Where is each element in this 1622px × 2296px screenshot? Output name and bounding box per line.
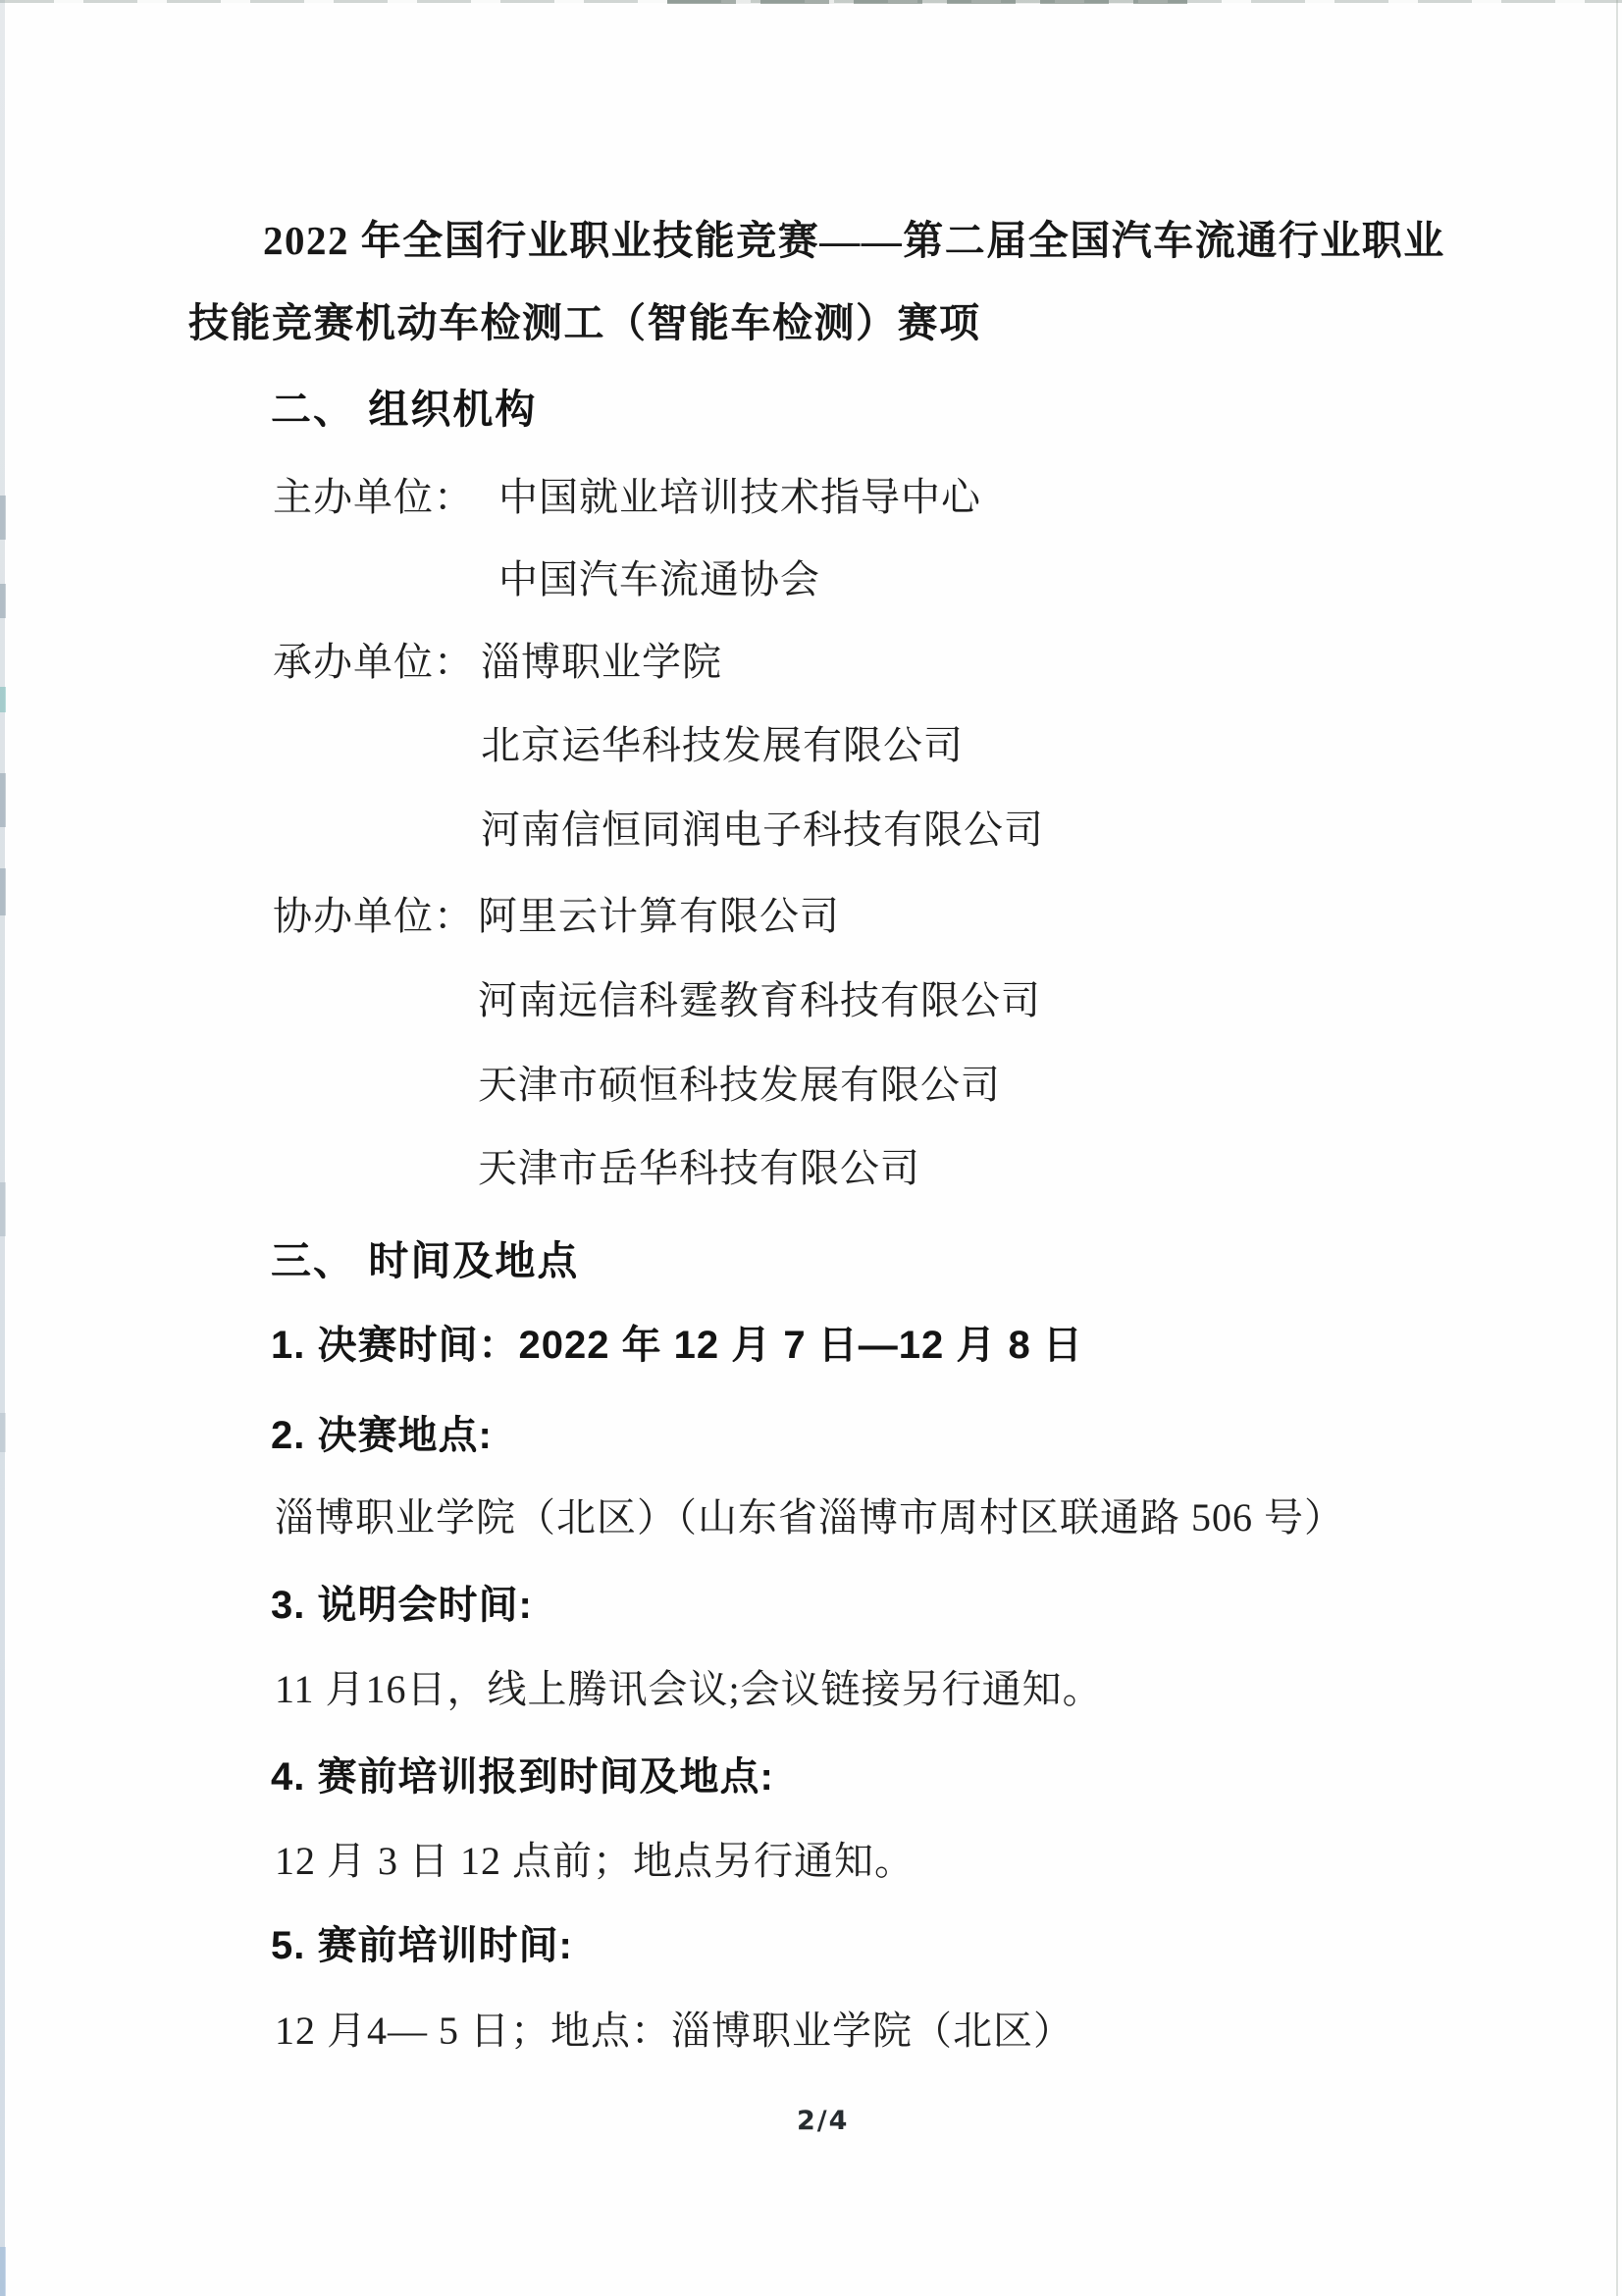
page-number: 2/4 [797, 2106, 849, 2136]
scan-artifact-dash [0, 496, 6, 540]
pre-training-time-item: 5. 赛前培训时间: [271, 1923, 573, 1968]
scan-artifact-dash [0, 1182, 6, 1236]
pre-training-checkin-detail: 12 月 3 日 12 点前；地点另行通知。 [275, 1839, 915, 1884]
pre-training-checkin-item: 4. 赛前培训报到时间及地点: [271, 1754, 774, 1800]
coorganizer-unit-item: 天津市硕恒科技发展有限公司 [478, 1063, 1001, 1108]
pre-training-time-detail: 12 月4— 5 日；地点：淄博职业学院（北区） [275, 2009, 1073, 2054]
host-unit-item: 中国汽车流通协会 [498, 557, 820, 602]
scan-artifact-dash [0, 1413, 6, 1452]
title-line-2: 技能竞赛机动车检测工（智能车检测）赛项 [188, 300, 981, 346]
scan-artifact-dash [0, 868, 6, 915]
scan-artifact-dash [0, 584, 6, 618]
coorganizer-unit-item: 阿里云计算有限公司 [478, 894, 840, 939]
undertaker-unit-item: 淄博职业学院 [481, 640, 722, 685]
host-unit-item: 中国就业培训技术指导中心 [498, 475, 981, 520]
undertaker-unit-item: 河南信恒同润电子科技有限公司 [481, 808, 1044, 853]
final-place-item: 2. 决赛地点: [271, 1413, 493, 1458]
title-line-1: 2022 年全国行业职业技能竞赛——第二届全国汽车流通行业职业 [263, 218, 1445, 264]
scanned-document-page: 2022 年全国行业职业技能竞赛——第二届全国汽车流通行业职业 技能竞赛机动车检… [0, 0, 1622, 2296]
coorganizer-unit-item: 天津市岳华科技有限公司 [478, 1146, 920, 1191]
section-time-place-heading: 三、 时间及地点 [271, 1238, 579, 1284]
scan-artifact-dash [0, 687, 6, 712]
scan-artifact-top-edge-dark [667, 0, 1187, 4]
coorganizer-unit-item: 河南远信科霆教育科技有限公司 [478, 978, 1041, 1023]
host-unit-label: 主办单位： [273, 475, 474, 520]
briefing-time-item: 3. 说明会时间: [271, 1583, 533, 1628]
final-place-detail: 淄博职业学院（北区）（山东省淄博市周村区联通路 506 号） [275, 1495, 1344, 1540]
coorganizer-unit-label: 协办单位： [273, 894, 474, 939]
undertaker-unit-item: 北京运华科技发展有限公司 [481, 723, 964, 768]
scan-artifact-left-edge [0, 0, 5, 2296]
briefing-time-detail: 11 月16日，线上腾讯会议;会议链接另行通知。 [275, 1667, 1103, 1712]
scan-artifact-right-edge [1616, 0, 1618, 2296]
section-organization-heading: 二、 组织机构 [271, 387, 537, 433]
scan-artifact-dash [0, 2247, 6, 2296]
scan-artifact-dash [0, 773, 6, 827]
final-time-item: 1. 决赛时间：2022 年 12 月 7 日—12 月 8 日 [271, 1323, 1083, 1368]
undertaker-unit-label: 承办单位： [273, 640, 474, 685]
